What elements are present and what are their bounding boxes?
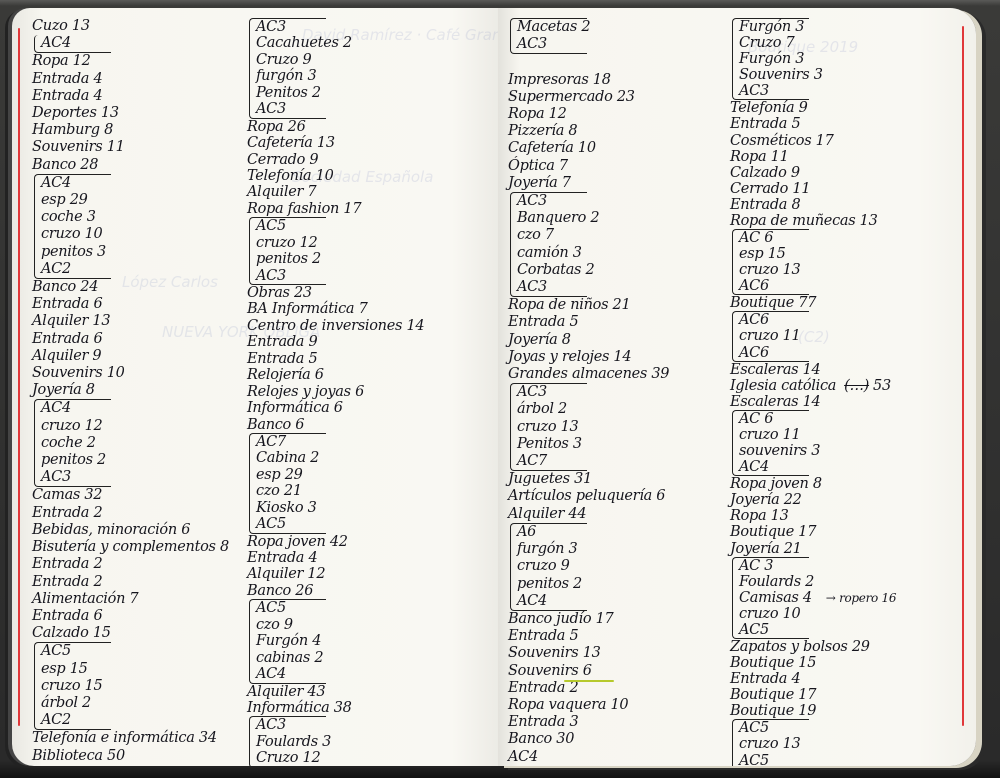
list-item: Souvenirs 13	[508, 645, 669, 662]
bracket-group: Macetas 2AC3	[510, 18, 587, 54]
list-item: Boutique 77	[730, 295, 891, 311]
entry-text: AC 6	[739, 230, 773, 246]
list-item: czo 9	[256, 617, 326, 633]
entry-text: Cruzo 7	[739, 35, 794, 51]
entry-text: AC 6	[739, 411, 773, 427]
red-margin-line	[18, 28, 20, 726]
entry-text: Entrada 2	[32, 556, 102, 572]
list-item: Deportes 13	[32, 105, 229, 122]
right-column-2: Furgón 3Cruzo 7Furgón 3Souvenirs 3AC3Tel…	[730, 18, 891, 766]
list-item: Entrada 4	[32, 88, 229, 105]
entry-text: Supermercado 23	[508, 89, 635, 105]
entry-text: BA Informática 7	[247, 301, 368, 317]
entry-text: Camas 32	[32, 487, 102, 503]
entry-text: Ropa fashion 17	[247, 201, 361, 217]
list-item: AC5	[739, 720, 809, 736]
list-item: Cuzo 13	[32, 18, 229, 35]
list-item: AC4	[41, 175, 111, 192]
list-item: AC7	[256, 434, 326, 450]
entry-text: penitos 2	[41, 452, 106, 468]
list-item: Cerrado 11	[730, 181, 891, 197]
entry-text: Alquiler 9	[32, 348, 101, 364]
list-item: cruzo 12	[256, 235, 326, 251]
list-item: Artículos peluquería 6	[508, 488, 669, 505]
right-column-1: Macetas 2AC3Impresoras 18Supermercado 23…	[508, 18, 669, 766]
list-item: Boutique 17	[730, 524, 891, 540]
entry-text: Banco judío 17	[508, 611, 613, 627]
list-item: czo 7	[517, 227, 587, 244]
entry-text: esp 15	[739, 246, 786, 262]
entry-text: Cruzo 9	[256, 52, 311, 68]
bracket-group: AC3Banquero 2czo 7camión 3Corbatas 2AC3	[510, 192, 587, 297]
list-item: AC2	[41, 261, 111, 278]
list-item: Cosméticos 17	[730, 133, 891, 149]
entry-text: cruzo 9	[517, 558, 570, 574]
entry-text: Banco 30	[508, 731, 574, 747]
list-item: Alquiler 9	[32, 348, 229, 365]
list-item: Obras 23	[247, 285, 424, 301]
entry-text: AC5	[256, 600, 286, 616]
list-item: Calzado 9	[730, 165, 891, 181]
entry-text: Alquiler 12	[247, 566, 325, 582]
bracket-group: AC5czo 9Furgón 4cabinas 2AC4	[249, 599, 326, 683]
entry-text: Cuzo 13	[32, 18, 90, 34]
entry-text: cruzo 13	[517, 419, 578, 435]
list-item: Ropa 26	[247, 119, 424, 135]
list-item: Souvenirs 10	[32, 365, 229, 382]
entry-text: AC4	[256, 666, 286, 682]
entry-text: Cerrado 9	[247, 152, 318, 168]
entry-text: Alquiler 44	[508, 506, 586, 522]
entry-text: Alquiler 13	[32, 313, 110, 329]
entry-text: Macetas 2	[517, 19, 590, 35]
list-item: Ropa joven 42	[247, 534, 424, 550]
entry-text: AC3	[256, 717, 286, 733]
entry-text: AC3	[256, 19, 286, 35]
list-item: Entrada 5	[247, 351, 424, 367]
entry-value: 53	[873, 378, 891, 394]
entry-text: penitos 3	[41, 244, 106, 260]
list-item: Óptica 7	[508, 158, 669, 175]
entry-text: Óptica 7	[508, 158, 568, 174]
list-item: Boutique 17	[730, 687, 891, 703]
list-item: Biblioteca 50	[32, 748, 229, 765]
list-item: penitos 3	[41, 244, 111, 261]
entry-text: Informática 6	[247, 400, 343, 416]
list-item: AC6	[739, 345, 809, 361]
list-item: AC3	[517, 36, 587, 53]
list-item: coche 3	[41, 209, 111, 226]
list-item: Entrada 8	[730, 197, 891, 213]
list-item: Telefonía 10	[247, 168, 424, 184]
list-item: Ropa 13	[730, 508, 891, 524]
entry-text: árbol 2	[41, 695, 91, 711]
entry-text: A6	[517, 524, 536, 540]
list-item: árbol 2	[517, 401, 587, 418]
entry-text: Entrada 4	[247, 550, 317, 566]
entry-text: Zapatos y bolsos 29	[730, 639, 870, 655]
list-item: AC4	[256, 666, 326, 682]
list-item: Telefonía 9	[730, 100, 891, 116]
list-item: AC5	[256, 600, 326, 616]
entry-text: AC3	[256, 101, 286, 117]
list-item: Entrada 3	[508, 714, 669, 731]
entry-text: AC5	[41, 643, 71, 659]
entry-text: Entrada 4	[32, 71, 102, 87]
list-item: cruzo 13	[517, 419, 587, 436]
list-item: AC3	[41, 469, 111, 486]
entry-text: Ropa 13	[730, 508, 789, 524]
list-item: Entrada 9	[247, 334, 424, 350]
bracket-group: AC4esp 29coche 3cruzo 10penitos 3AC2	[34, 174, 111, 279]
notebook-photo: David Ramírez · Café Grande Sociedad Esp…	[0, 0, 1000, 778]
entry-text: cruzo 10	[739, 606, 800, 622]
entry-text: Joyas y relojes 14	[508, 349, 631, 365]
entry-text: Ropa de niños 21	[508, 297, 630, 313]
list-item: AC3	[517, 279, 587, 296]
entry-text: Relojería 6	[247, 367, 324, 383]
bracket-group: Furgón 3Cruzo 7Furgón 3Souvenirs 3AC3	[732, 18, 809, 100]
bracket-group: AC3Cacahuetes 2Cruzo 9furgón 3Penitos 2A…	[249, 18, 326, 119]
entry-text: AC4	[41, 35, 71, 51]
entry-text: Boutique 15	[730, 655, 816, 671]
entry-text: Escaleras 14	[730, 362, 821, 378]
list-item: Kiosko 3	[256, 500, 326, 516]
list-item: Banco 26	[247, 583, 424, 599]
entry-text: AC3	[739, 83, 769, 99]
list-item: Calzado 15	[32, 625, 229, 642]
entry-text: Cacahuetes 2	[256, 35, 352, 51]
list-item: Ropa vaquera 10	[508, 697, 669, 714]
entry-text: Entrada 5	[247, 351, 317, 367]
entry-text: cruzo 11	[739, 328, 800, 344]
list-item: AC3	[517, 193, 587, 210]
entry-text: Boutique 77	[730, 295, 816, 311]
entry-text: cruzo 15	[41, 678, 102, 694]
entry-text: cruzo 13	[739, 262, 800, 278]
entry-text: czo 7	[517, 227, 554, 243]
list-item: Boutique 15	[730, 655, 891, 671]
list-item: Ropa 11	[730, 149, 891, 165]
list-item: Cruzo 7	[739, 35, 809, 51]
entry-text: Boutique 17	[730, 687, 816, 703]
list-item: Relojería 6	[247, 367, 424, 383]
bracket-group: AC 3Foulards 2Camisas 4→ ropero 16cruzo …	[732, 557, 809, 639]
list-item: Corbatas 2	[517, 262, 587, 279]
entry-text: AC4	[739, 459, 769, 475]
entry-text: Pizzería 8	[508, 123, 577, 139]
entry-text: Ropa 11	[730, 149, 789, 165]
list-item: AC3	[256, 19, 326, 35]
entry-text: Corbatas 2	[517, 262, 594, 278]
entry-text: cruzo 11	[739, 427, 800, 443]
entry-text: Cruzo 12	[256, 750, 320, 766]
entry-text: Alquiler 43	[247, 684, 325, 700]
entry-text: Boutique 19	[730, 703, 816, 719]
entry-text: esp 29	[41, 192, 88, 208]
entry-text: AC4	[517, 593, 547, 609]
entry-text: furgón 3	[517, 541, 577, 557]
list-item: Informática 38	[247, 700, 424, 716]
list-item: Cafetería 10	[508, 140, 669, 157]
list-item: AC6	[739, 278, 809, 294]
entry-text: czo 9	[256, 617, 293, 633]
bracket-group: AC 6esp 15cruzo 13AC6	[732, 229, 809, 295]
list-item: Foulards 2	[739, 574, 809, 590]
list-item: AC7	[517, 453, 587, 470]
list-item: esp 29	[256, 467, 326, 483]
list-item: camión 3	[517, 245, 587, 262]
list-item: Cerrado 9	[247, 152, 424, 168]
entry-text: Calzado 15	[32, 625, 111, 641]
entry-text: Camisas 4	[739, 590, 812, 606]
list-item: AC4	[739, 459, 809, 475]
list-item: Camisas 4→ ropero 16	[739, 590, 809, 606]
bracket-group: AC4	[34, 35, 111, 53]
list-item: Cruzo 12	[256, 750, 326, 766]
entry-text: AC3	[517, 36, 547, 52]
list-item: AC4	[508, 749, 669, 766]
entry-text: AC4	[508, 749, 538, 765]
list-item: cruzo 13	[739, 262, 809, 278]
entry-text: Souvenirs 13	[508, 645, 601, 661]
entry-text: Penitos 2	[256, 85, 321, 101]
entry-text: AC5	[256, 516, 286, 532]
entry-text: AC2	[41, 712, 71, 728]
list-item	[508, 54, 669, 71]
entry-text: Deportes 13	[32, 105, 119, 121]
entry-text: furgón 3	[256, 68, 316, 84]
entry-text: AC3	[256, 268, 286, 284]
list-item: Banco 28	[32, 157, 229, 174]
entry-text: AC5	[739, 753, 769, 766]
struck-text: (…)	[844, 378, 869, 394]
list-item: esp 29	[41, 192, 111, 209]
entry-text: Cosméticos 17	[730, 133, 834, 149]
list-item: Banco 24	[32, 279, 229, 296]
list-item: cruzo 11	[739, 328, 809, 344]
list-item: cruzo 10	[41, 226, 111, 243]
list-item: Impresoras 18	[508, 72, 669, 89]
entry-text: penitos 2	[256, 251, 321, 267]
bracket-group: AC5cruzo 13AC5	[732, 719, 809, 766]
list-item: Furgón 4	[256, 633, 326, 649]
list-item: czo 21	[256, 483, 326, 499]
entry-text: Entrada 4	[730, 671, 800, 687]
list-item: Penitos 2	[256, 85, 326, 101]
list-item: Ropa 12	[32, 53, 229, 70]
bracket-group: AC3árbol 2cruzo 13Penitos 3AC7	[510, 383, 587, 471]
entry-text: Banco 28	[32, 157, 98, 173]
entry-text: Centro de inversiones 14	[247, 318, 424, 334]
entry-text: Banquero 2	[517, 210, 599, 226]
entry-text: Joyería 7	[508, 175, 571, 191]
entry-text: Ropa 12	[32, 53, 91, 69]
list-item: Penitos 3	[517, 436, 587, 453]
list-item: penitos 2	[517, 576, 587, 593]
list-item: cruzo 11	[739, 427, 809, 443]
entry-text: Entrada 9	[247, 334, 317, 350]
entry-text: Hamburg 8	[32, 122, 113, 138]
entry-text: Entrada 6	[32, 296, 102, 312]
entry-text: Artículos peluquería 6	[508, 488, 665, 504]
entry-text: Entrada 8	[730, 197, 800, 213]
entry-text: Entrada 5	[508, 628, 578, 644]
left-column-1: Cuzo 13AC4Ropa 12Entrada 4Entrada 4Depor…	[32, 18, 229, 765]
entry-text: Ropa de muñecas 13	[730, 213, 878, 229]
list-item: Ropa 12	[508, 106, 669, 123]
entry-text: Foulards 3	[256, 734, 331, 750]
list-item: Alquiler 7	[247, 184, 424, 200]
bracket-group: AC6cruzo 11AC6	[732, 311, 809, 361]
list-item: Entrada 4	[247, 550, 424, 566]
entry-text: souvenirs 3	[739, 443, 820, 459]
bracket-group: A6furgón 3cruzo 9penitos 2AC4	[510, 523, 587, 611]
entry-text: Entrada 6	[32, 608, 102, 624]
entry-text: Joyería 21	[730, 541, 802, 557]
entry-text: Ropa joven 8	[730, 476, 822, 492]
entry-text: Alquiler 7	[247, 184, 316, 200]
list-item: A6	[517, 524, 587, 541]
list-item: Furgón 3	[739, 51, 809, 67]
list-item: AC5	[256, 516, 326, 532]
entry-text: Entrada 6	[32, 331, 102, 347]
left-page: David Ramírez · Café Grande Sociedad Esp…	[12, 8, 498, 766]
list-item: Joyería 7	[508, 175, 669, 192]
list-item: Escaleras 14	[730, 394, 891, 410]
list-item: Banco judío 17	[508, 611, 669, 628]
list-item: furgón 3	[256, 68, 326, 84]
list-item: Telefonía e informática 34	[32, 730, 229, 747]
list-item: Zapatos y bolsos 29	[730, 639, 891, 655]
entry-text: AC3	[517, 279, 547, 295]
list-item: Joyería 21	[730, 541, 891, 557]
entry-text: Joyería 22	[730, 492, 802, 508]
list-item: Alquiler 44	[508, 506, 669, 523]
entry-text: penitos 2	[517, 576, 582, 592]
list-item: Entrada 5	[508, 628, 669, 645]
entry-text: Souvenirs 10	[32, 365, 125, 381]
red-margin-line	[962, 26, 964, 726]
entry-text: Banco 6	[247, 417, 304, 433]
entry-text: Cerrado 11	[730, 181, 810, 197]
list-item: Bisutería y complementos 8	[32, 539, 229, 556]
list-item: AC3	[739, 83, 809, 99]
left-column-2: AC3Cacahuetes 2Cruzo 9furgón 3Penitos 2A…	[247, 18, 424, 766]
bracket-group: AC7Cabina 2esp 29czo 21Kiosko 3AC5	[249, 433, 326, 534]
right-page: Boutique 2019 (C2) Macetas 2AC3Impresora…	[498, 8, 976, 766]
entry-text: Ropa vaquera 10	[508, 697, 628, 713]
list-item: AC5	[739, 753, 809, 766]
entry-text: Informática 38	[247, 700, 352, 716]
entry-text: Kiosko 3	[256, 500, 317, 516]
entry-text: AC5	[256, 218, 286, 234]
list-item: Joyería 8	[508, 332, 669, 349]
list-item: Entrada 2	[508, 680, 669, 697]
entry-text: Souvenirs 11	[32, 139, 125, 155]
entry-text: esp 15	[41, 661, 88, 677]
entry-text: Ropa 26	[247, 119, 306, 135]
entry-text: Penitos 3	[517, 436, 582, 452]
entry-text: esp 29	[256, 467, 303, 483]
list-item: Entrada 4	[730, 671, 891, 687]
entry-text: Souvenirs 3	[739, 67, 823, 83]
entry-text: Souvenirs 6	[508, 663, 592, 679]
list-item: AC5	[41, 643, 111, 660]
entry-text: Juguetes 31	[508, 471, 592, 487]
entry-text: cruzo 13	[739, 736, 800, 752]
list-item: esp 15	[739, 246, 809, 262]
entry-text: Bebidas, minoración 6	[32, 522, 190, 538]
entry-text: Boutique 17	[730, 524, 816, 540]
entry-text: Alimentación 7	[32, 591, 138, 607]
entry-text: AC6	[739, 312, 769, 328]
entry-text: Foulards 2	[739, 574, 814, 590]
entry-text: Joyería 8	[508, 332, 571, 348]
entry-text: Banco 26	[247, 583, 313, 599]
entry-text: AC3	[41, 469, 71, 485]
list-item: Furgón 3	[739, 19, 809, 35]
list-item: Joyería 22	[730, 492, 891, 508]
entry-text: AC2	[41, 261, 71, 277]
entry-text: AC5	[739, 622, 769, 638]
entry-text: árbol 2	[517, 401, 567, 417]
list-item: Joyas y relojes 14	[508, 349, 669, 366]
entry-text: coche 3	[41, 209, 96, 225]
entry-text: czo 21	[256, 483, 302, 499]
list-item: Souvenirs 3	[739, 67, 809, 83]
list-item: Souvenirs 6	[508, 663, 669, 680]
list-item: Ropa de muñecas 13	[730, 213, 891, 229]
list-item: Alquiler 43	[247, 684, 424, 700]
entry-text: Bisutería y complementos 8	[32, 539, 229, 555]
list-item: Banco 6	[247, 417, 424, 433]
entry-text: Relojes y joyas 6	[247, 384, 364, 400]
list-item: Entrada 5	[508, 314, 669, 331]
list-item: penitos 2	[256, 251, 326, 267]
bracket-group: AC3Foulards 3Cruzo 12	[249, 716, 326, 766]
entry-text: AC5	[739, 720, 769, 736]
entry-text: AC 3	[739, 558, 773, 574]
list-item: cruzo 9	[517, 558, 587, 575]
entry-text: Entrada 2	[32, 505, 102, 521]
list-item: Entrada 5	[730, 116, 891, 132]
list-item: cabinas 2	[256, 650, 326, 666]
entry-text: Cafetería 13	[247, 135, 335, 151]
list-item: Centro de inversiones 14	[247, 318, 424, 334]
highlighter-mark	[564, 680, 614, 682]
list-item: AC3	[256, 101, 326, 117]
list-item: Alimentación 7	[32, 591, 229, 608]
entry-text: AC4	[41, 400, 71, 416]
list-item: Foulards 3	[256, 734, 326, 750]
list-item: Informática 6	[247, 400, 424, 416]
list-item: Banquero 2	[517, 210, 587, 227]
entry-text: cabinas 2	[256, 650, 323, 666]
list-item: Entrada 6	[32, 296, 229, 313]
entry-text: Cabina 2	[256, 450, 319, 466]
list-item: Juguetes 31	[508, 471, 669, 488]
list-item: Bebidas, minoración 6	[32, 522, 229, 539]
entry-text: Impresoras 18	[508, 72, 611, 88]
list-item: AC3	[256, 268, 326, 284]
list-item: AC 6	[739, 411, 809, 427]
list-item: árbol 2	[41, 695, 111, 712]
entry-text: Entrada 5	[730, 116, 800, 132]
bracket-group: AC5cruzo 12penitos 2AC3	[249, 217, 326, 285]
entry-text: AC7	[517, 453, 547, 469]
entry-text: coche 2	[41, 435, 96, 451]
